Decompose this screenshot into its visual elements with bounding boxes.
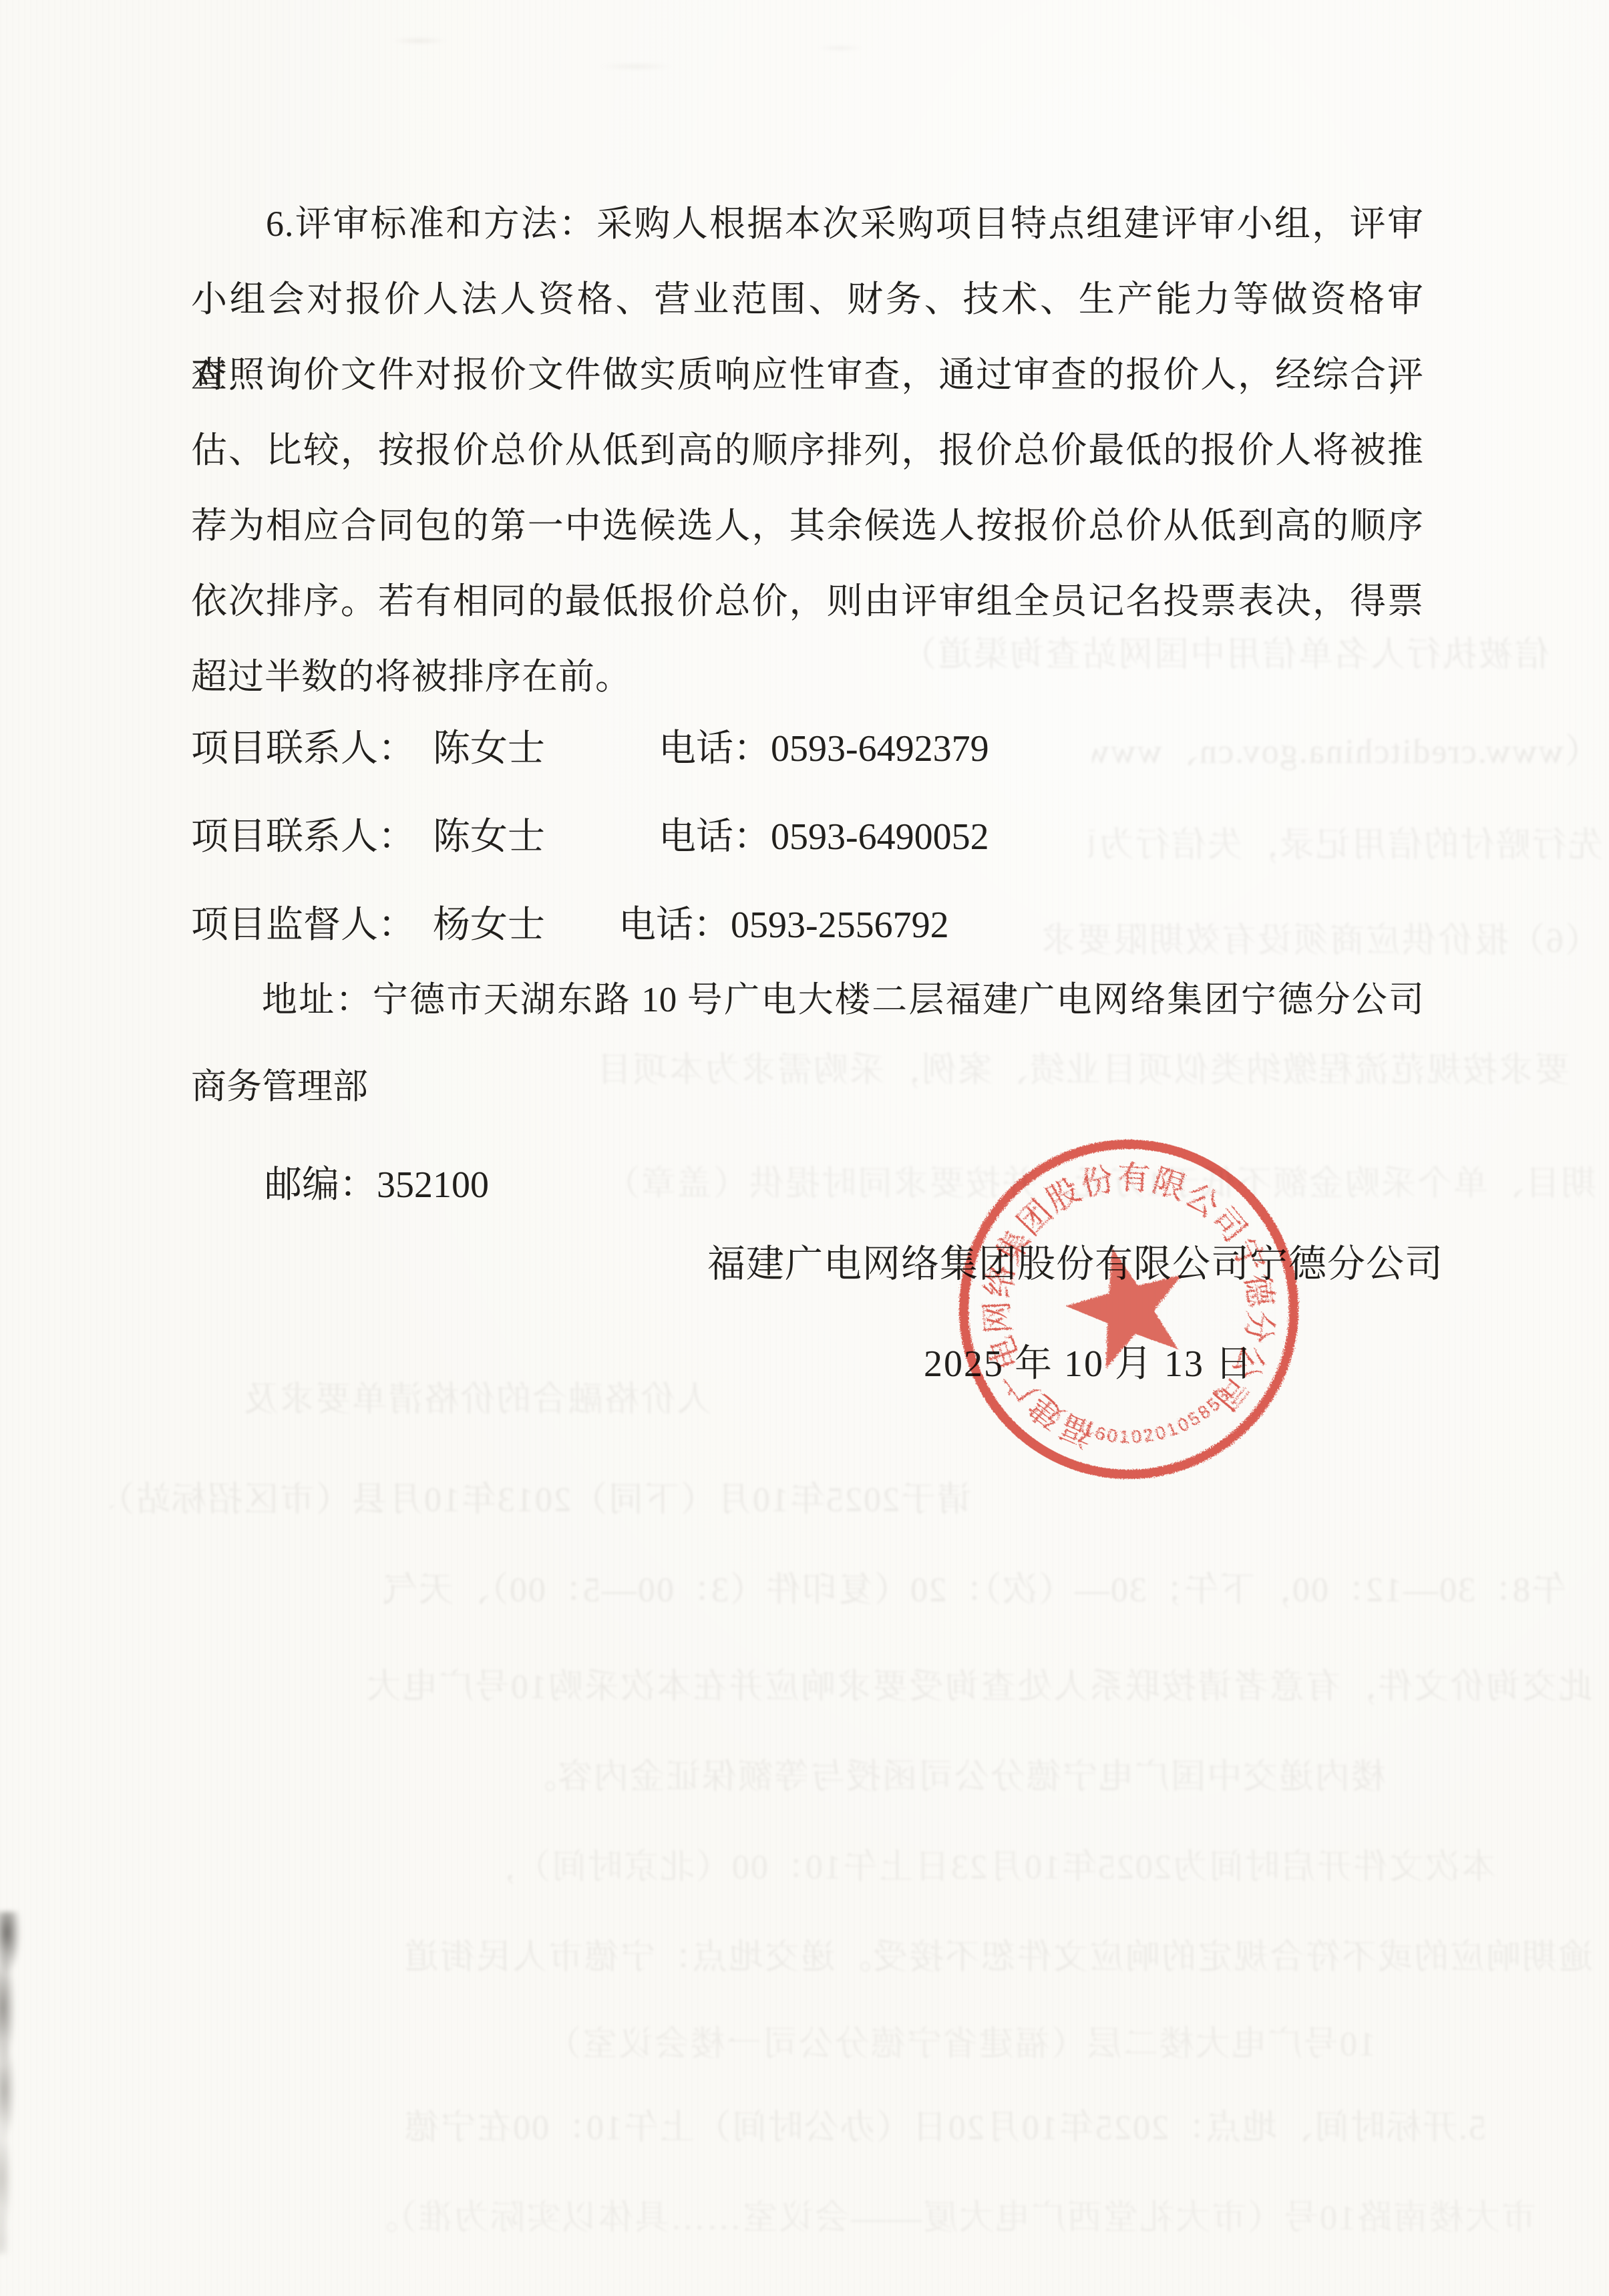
scan-speckle: [347, 19, 948, 92]
contact-phone: 电话：0593-2556792: [618, 902, 949, 949]
seal-graphic: 福建广电网络集团股份有限公司宁德分公司 1601020105853: [912, 1092, 1345, 1526]
paragraph-line: 小组会对报价人法人资格、营业范围、财务、技术、生产能力等做资格审查，: [191, 262, 1424, 337]
bleedthrough-line: 本次文件开启时间为2025年10月23日上午10：00（北京时间）,: [374, 1847, 1496, 1889]
bleedthrough-line: 此交询价文件，有意者请按联系人处查询受要求响应并在本次采购10号广电大: [150, 1667, 1593, 1708]
scanned-document-page: 信被执行人名单信用中国网站查询渠道）（www.creditchina.gov.c…: [0, 0, 1609, 2296]
project-contact-row: 项目联系人：陈女士 电话：0593-6490052: [191, 814, 1424, 860]
bleedthrough-line: 楼内递交中国广电宁德分公司函授与等额保证金内容。: [150, 1757, 1386, 1798]
contact-phone: 电话：0593-6492379: [659, 725, 989, 772]
bleedthrough-line: 逾期响应的或不符合规定的响应文件恕不接受。递交地点：宁德市人民街道: [150, 1937, 1593, 1979]
seal-star-icon: [1054, 1233, 1200, 1375]
bleedthrough-line: 请于2025年10月（下同）2013年10月县（市区招标站）、组织上: [110, 1480, 972, 1521]
bleedthrough-line: 午8：30—12：00，下午；30—（次）：20（复印件（3：00—5：00）、…: [110, 1570, 1566, 1611]
contact-label: 项目联系人：陈女士: [191, 725, 545, 772]
paragraph-line: 对照询价文件对报价文件做实质响应性审查，通过审查的报价人，经综合评: [191, 337, 1424, 413]
paragraph-line: 超过半数的将被排序在前。: [191, 639, 1424, 715]
scan-edge-smudge: [0, 1912, 32, 2254]
bleedthrough-line: 10号广电大楼二层（福建省宁德分公司一楼会议室）: [374, 2024, 1376, 2066]
paragraph-line: 估、比较，按报价总价从低到高的顺序排列，报价总价最低的报价人将被推: [191, 413, 1424, 488]
contact-phone: 电话：0593-6490052: [659, 814, 989, 860]
contact-name: 陈女士: [433, 816, 545, 858]
contact-name: 陈女士: [433, 728, 545, 770]
postal-code: 邮编：352100: [264, 1164, 489, 1206]
bleedthrough-line: 5.开标时间、地点：2025年10月20日（办公时间）上午10：00在宁德: [150, 2108, 1486, 2149]
bleedthrough-line: 人价格融合的价格清单要求及: [110, 1379, 711, 1421]
paragraph-line: 依次排序。若有相同的最低报价总价，则由评审组全员记名投票表决，得票: [191, 564, 1424, 639]
address-line: 地址：宁德市天湖东路 10 号广电大楼二层福建广电网络集团宁德分公司: [191, 957, 1424, 1043]
bleedthrough-line: 市大楼南路10号（市大礼堂西广电大厦——会议室……具体以实际为准）。: [267, 2198, 1536, 2239]
project-supervisor-row: 项目监督人：杨女士 电话：0593-2556792: [191, 902, 1424, 949]
contact-label: 项目监督人：杨女士: [191, 902, 545, 949]
paragraph-line: 荐为相应合同包的第一中选候选人，其余候选人按报价总价从低到高的顺序: [191, 488, 1424, 564]
contact-label: 项目联系人：陈女士: [191, 814, 545, 860]
contact-name: 杨女士: [433, 905, 545, 946]
paragraph-line: 6.评审标准和方法：采购人根据本次采购项目特点组建评审小组，评审: [191, 186, 1424, 262]
project-contact-row: 项目联系人：陈女士 电话：0593-6492379: [191, 725, 1424, 772]
evaluation-method-paragraph: 6.评审标准和方法：采购人根据本次采购项目特点组建评审小组，评审 小组会对报价人…: [191, 186, 1424, 715]
official-company-seal: 福建广电网络集团股份有限公司宁德分公司 1601020105853: [912, 1092, 1345, 1526]
